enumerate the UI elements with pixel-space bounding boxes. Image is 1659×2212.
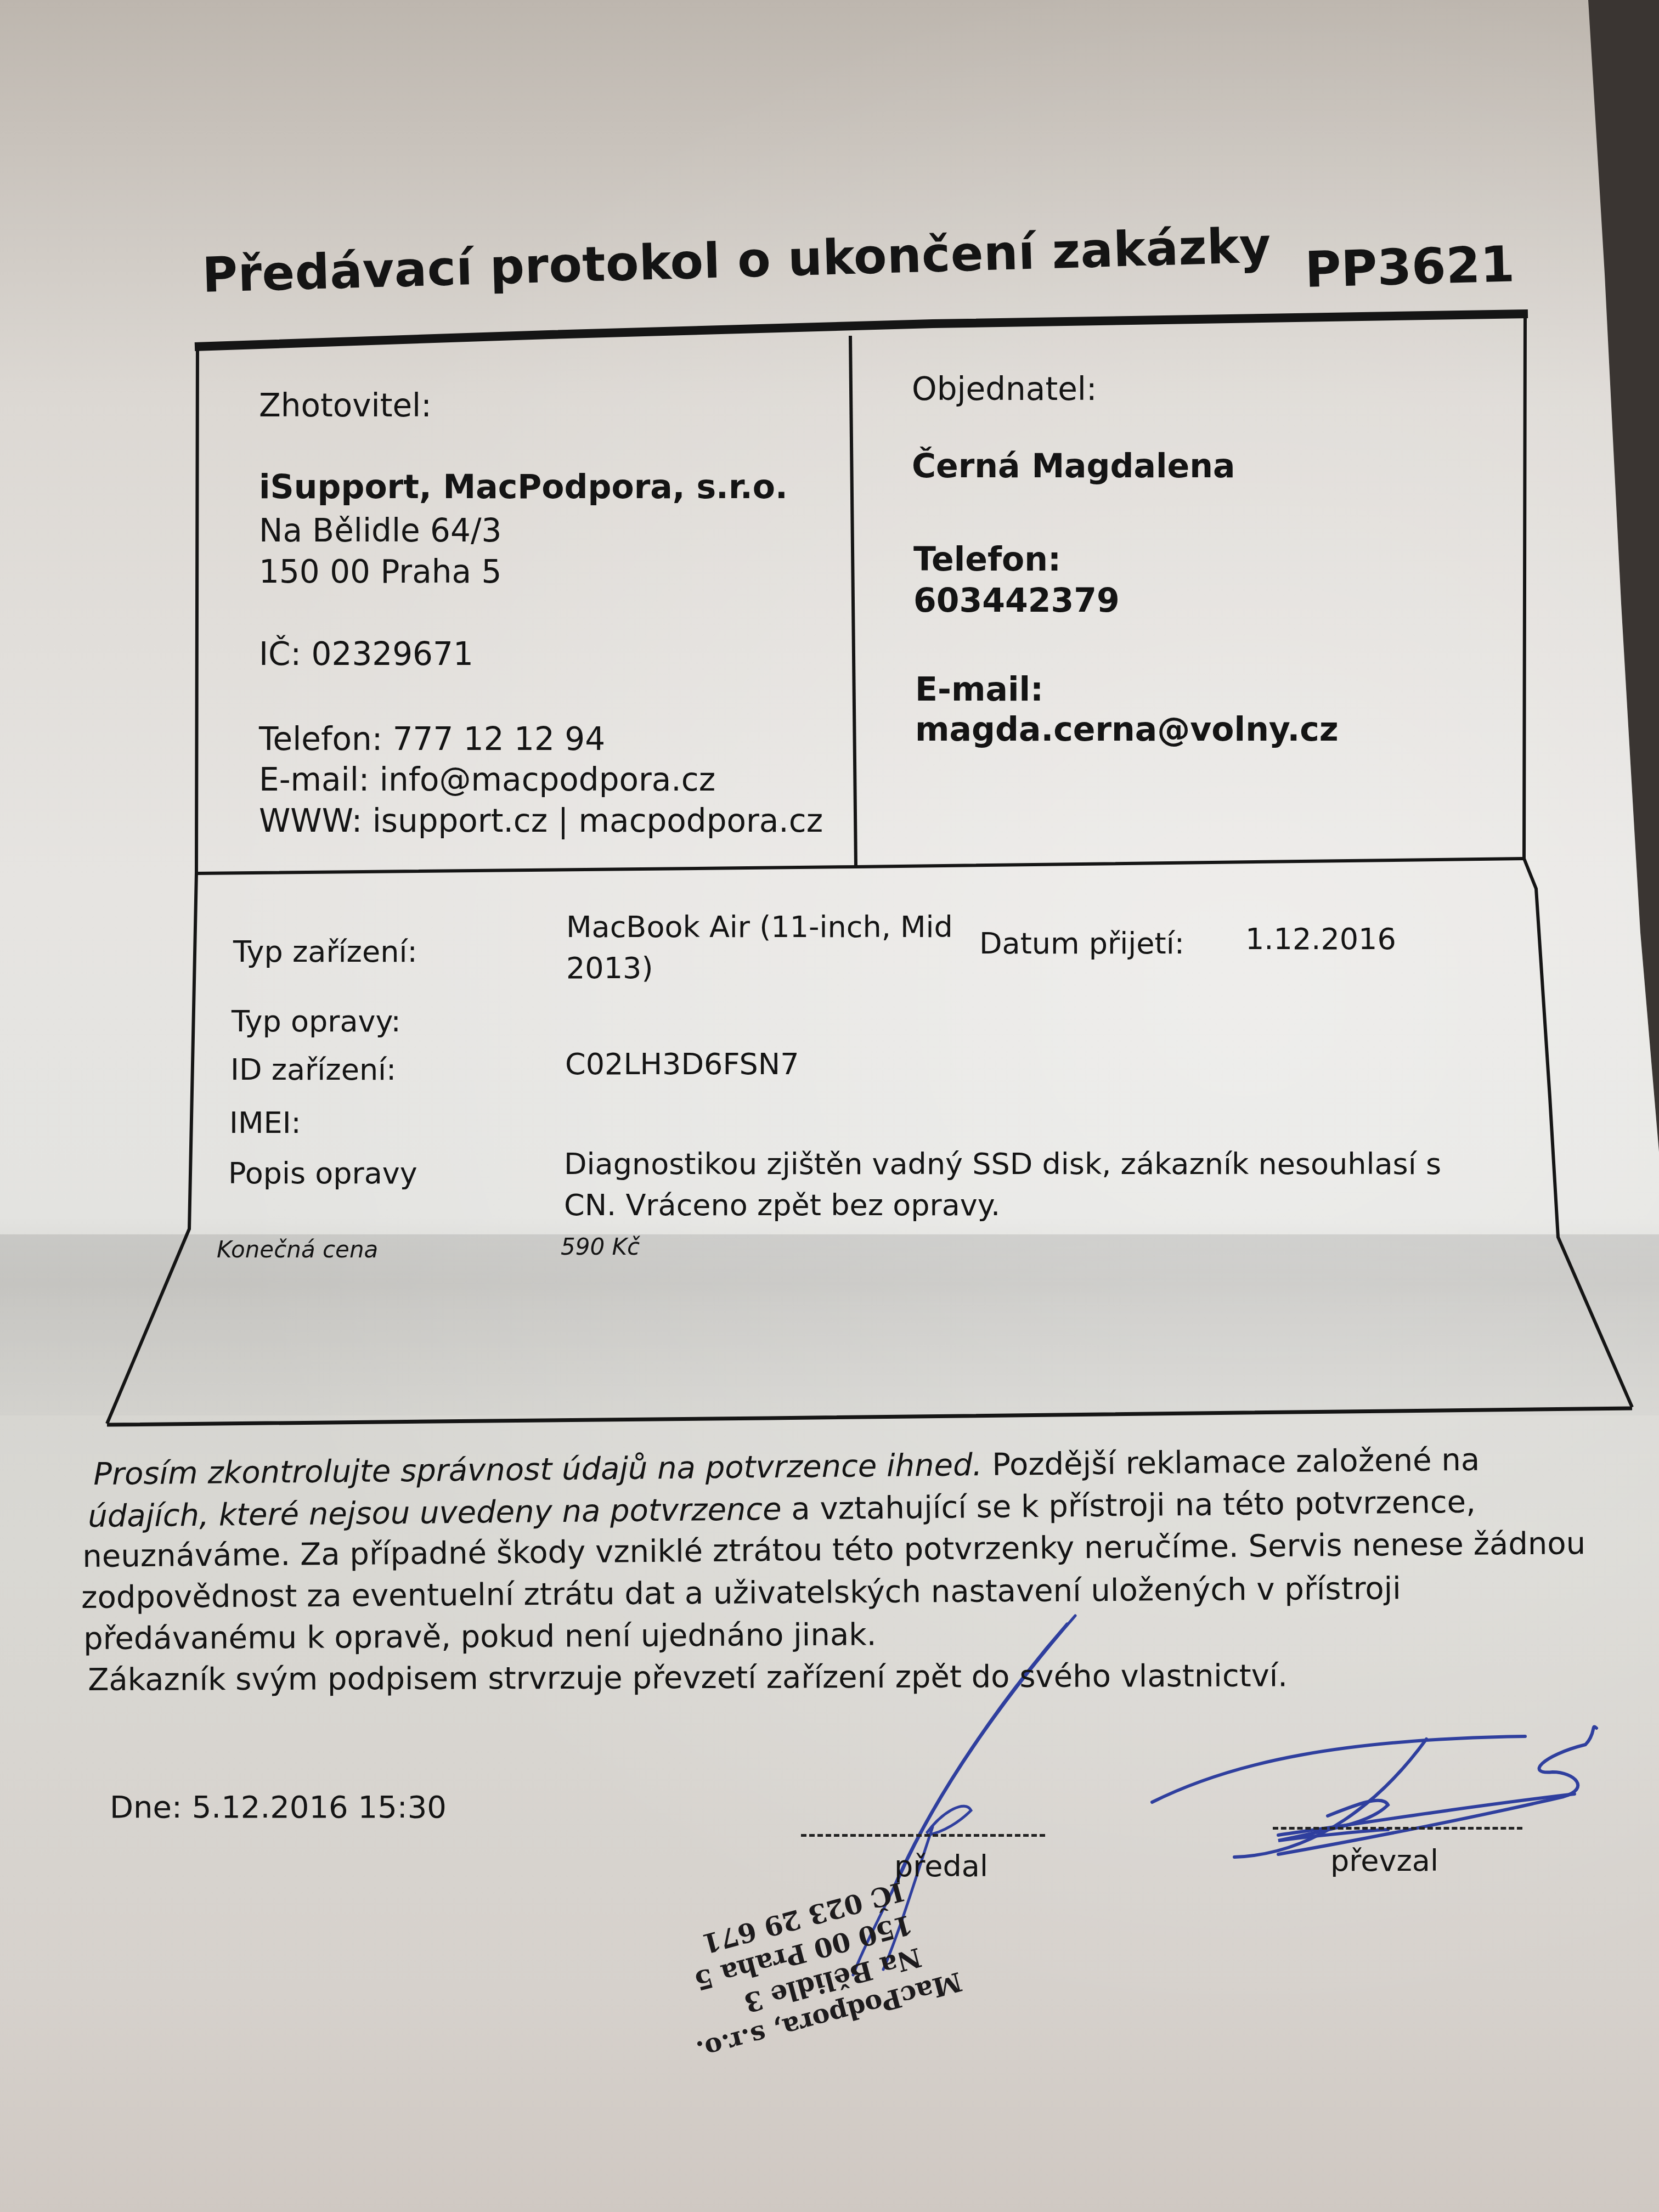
received-label: převzal	[1330, 1843, 1438, 1878]
repair-description-line1: Diagnostikou zjištěn vadný SSD disk, zák…	[564, 1147, 1441, 1181]
customer-name: Černá Magdalena	[912, 447, 1235, 486]
device-type-line2: 2013)	[566, 951, 653, 985]
device-id-label: ID zařízení:	[230, 1052, 396, 1087]
notice-line-6: Zákazník svým podpisem strvrzuje převzet…	[88, 1658, 1288, 1698]
final-price: 590 Kč	[561, 1233, 640, 1260]
device-id: C02LH3D6FSN7	[565, 1047, 799, 1081]
final-price-label: Konečná cena	[217, 1236, 378, 1263]
contractor-label: Zhotovitel:	[259, 387, 432, 424]
contractor-company: iSupport, MacPodpora, s.r.o.	[259, 468, 788, 506]
notice-line-2-italic: údajích, které nejsou uvedeny na potvrze…	[88, 1492, 782, 1534]
signature-line-received	[1273, 1827, 1522, 1830]
received-date-label: Datum přijetí:	[979, 926, 1184, 961]
notice-line-2-rest: a vztahující se k přístroji na této potv…	[781, 1485, 1476, 1527]
paper-sheet: Předávací protokol o ukončení zakázky PP…	[0, 0, 1659, 2212]
device-type-line1: MacBook Air (11-inch, Mid	[566, 910, 953, 944]
contractor-ico: IČ: 02329671	[259, 635, 473, 673]
signature-received	[1152, 1726, 1596, 1857]
received-date: 1.12.2016	[1245, 922, 1396, 956]
contractor-email: E-mail: info@macpodpora.cz	[259, 761, 715, 798]
contractor-street: Na Bělidle 64/3	[259, 512, 501, 549]
repair-description-line2: CN. Vráceno zpět bez opravy.	[564, 1188, 1000, 1222]
customer-email: magda.cerna@volny.cz	[915, 710, 1339, 749]
customer-phone-label: Telefon:	[913, 540, 1061, 579]
repair-type-label: Typ opravy:	[232, 1004, 401, 1039]
imei-label: IMEI:	[229, 1105, 301, 1140]
notice-line-1-rest: Pozdější reklamace založené na	[982, 1442, 1480, 1483]
customer-label: Objednatel:	[912, 370, 1097, 408]
contractor-phone: Telefon: 777 12 12 94	[259, 720, 605, 758]
customer-phone: 603442379	[913, 582, 1120, 620]
repair-description-label: Popis opravy	[228, 1156, 417, 1190]
handover-date: Dne: 5.12.2016 15:30	[110, 1790, 447, 1825]
device-type-label: Typ zařízení:	[233, 934, 417, 969]
contractor-city: 150 00 Praha 5	[259, 553, 501, 590]
customer-email-label: E-mail:	[915, 670, 1043, 709]
notice-line-5: předávanému k opravě, pokud není ujednán…	[83, 1617, 877, 1657]
contractor-web: WWW: isupport.cz | macpodpora.cz	[259, 802, 823, 839]
signature-line-handed-over	[801, 1834, 1045, 1837]
